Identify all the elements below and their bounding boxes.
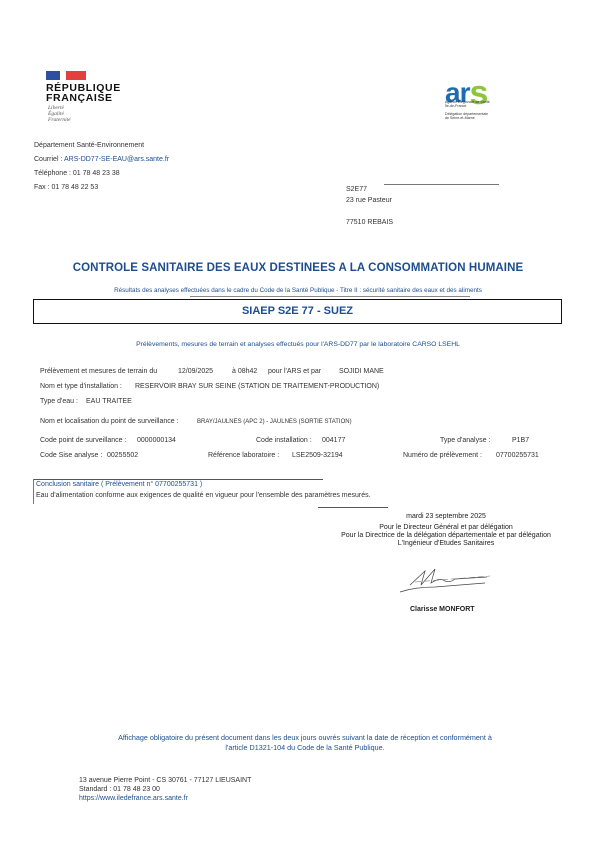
signature-date: mardi 23 septembre 2025 [320, 513, 572, 521]
sampling-time: à 08h42 [232, 368, 257, 375]
fax-line: Fax : 01 78 48 22 53 [34, 181, 169, 195]
document-subtitle: Résultats des analyses effectuées dans l… [0, 287, 596, 294]
signature-line3: L'Ingénieur d'Etudes Sanitaires [320, 540, 572, 548]
signature-line1: Pour le Directeur Général et par délégat… [320, 524, 572, 532]
signature-block: mardi 23 septembre 2025 Pour le Directeu… [320, 513, 572, 548]
signature-line2: Pour la Directrice de la délégation dépa… [320, 532, 572, 540]
phone-line: Téléphone : 01 78 48 23 38 [34, 167, 169, 181]
email-label: Courriel : [34, 156, 64, 163]
code-installation-value: 004177 [322, 437, 345, 444]
display-notice: Affichage obligatoire du présent documen… [60, 733, 550, 753]
point-label: Nom et localisation du point de surveill… [40, 418, 179, 425]
handwritten-signature-icon [395, 565, 495, 595]
ars-logo: ars Agence Régionale de Santé Île-de-Fra… [445, 78, 525, 123]
network-name-box: SIAEP S2E 77 - SUEZ [33, 299, 562, 324]
analysis-type-value: P1B7 [512, 437, 529, 444]
conclusion-divider [33, 479, 323, 480]
point-value: BRAY/JAULNES (APC 2) - JAULNES (SORTIE S… [197, 419, 352, 425]
sample-number-value: 07700255731 [496, 452, 539, 459]
email-link[interactable]: ARS-DD77-SE-EAU@ars.sante.fr [64, 156, 169, 163]
addressee-block: S2E77 23 rue Pasteur 77510 REBAIS [346, 184, 393, 228]
conclusion-title: Conclusion sanitaire ( Prélèvement n° 07… [36, 481, 202, 488]
republique-francaise-logo: RÉPUBLIQUE FRANÇAISE [46, 83, 121, 103]
addressee-city: 77510 REBAIS [346, 217, 393, 228]
sample-number-label: Numéro de prélèvement : [403, 452, 482, 459]
display-notice-line1: Affichage obligatoire du présent documen… [60, 733, 550, 743]
analysis-type-label: Type d'analyse : [440, 437, 490, 444]
network-name: SIAEP S2E 77 - SUEZ [242, 305, 353, 317]
sampling-for: pour l'ARS et par [268, 368, 321, 375]
footer-website-link[interactable]: https://www.iledefrance.ars.sante.fr [79, 794, 251, 803]
ars-sub-line2: Île-de-France [445, 104, 466, 109]
water-type-value: EAU TRAITEE [86, 398, 132, 405]
document-title: CONTROLE SANITAIRE DES EAUX DESTINEES A … [0, 262, 596, 274]
installation-value: RESERVOIR BRAY SUR SEINE (STATION DE TRA… [135, 383, 379, 390]
motto-fraternite: Fraternité [48, 117, 71, 123]
water-type-label: Type d'eau : [40, 398, 78, 405]
code-installation-label: Code installation : [256, 437, 312, 444]
conclusion-text: Eau d'alimentation conforme aux exigence… [36, 492, 371, 499]
addressee-street: 23 rue Pasteur [346, 195, 393, 206]
sampling-date: 12/09/2025 [178, 368, 213, 375]
display-notice-line2: l'article D1321-104 du Code de la Santé … [60, 743, 550, 753]
lab-reference-label: Référence laboratoire : [208, 452, 279, 459]
footer: 13 avenue Pierre Point - CS 30761 - 7712… [79, 776, 251, 803]
addressee-name: S2E77 [346, 184, 393, 195]
code-sise-value: 00255502 [107, 452, 138, 459]
email-line: Courriel : ARS-DD77-SE-EAU@ars.sante.fr [34, 153, 169, 167]
address-divider [384, 184, 499, 185]
signature-divider [318, 507, 388, 508]
contact-block: Département Santé-Environnement Courriel… [34, 139, 169, 195]
department-name: Département Santé-Environnement [34, 139, 169, 153]
code-point-label: Code point de surveillance : [40, 437, 126, 444]
signer-name: Clarisse MONFORT [410, 606, 475, 613]
subtitle-divider [190, 296, 470, 297]
footer-address: 13 avenue Pierre Point - CS 30761 - 7712… [79, 776, 251, 785]
ars-word-s: s [469, 74, 487, 112]
lab-reference-value: LSE2509-32194 [292, 452, 343, 459]
code-point-value: 0000000134 [137, 437, 176, 444]
republique-francaise-flag-icon [46, 71, 90, 80]
ars-sub-line4: de Seine-et-Marne [445, 116, 475, 121]
installation-label: Nom et type d'installation : [40, 383, 122, 390]
code-sise-label: Code Sise analyse : [40, 452, 102, 459]
conclusion-left-border [33, 479, 34, 504]
rf-title-line2: FRANÇAISE [46, 93, 121, 103]
sampling-intro: Prélèvements, mesures de terrain et anal… [0, 341, 596, 348]
sampling-label: Prélèvement et mesures de terrain du [40, 368, 157, 375]
sampler-name: SOJIDI MANE [339, 368, 384, 375]
footer-standard: Standard : 01 78 48 23 00 [79, 785, 251, 794]
rf-motto: Liberté Égalité Fraternité [48, 105, 71, 123]
